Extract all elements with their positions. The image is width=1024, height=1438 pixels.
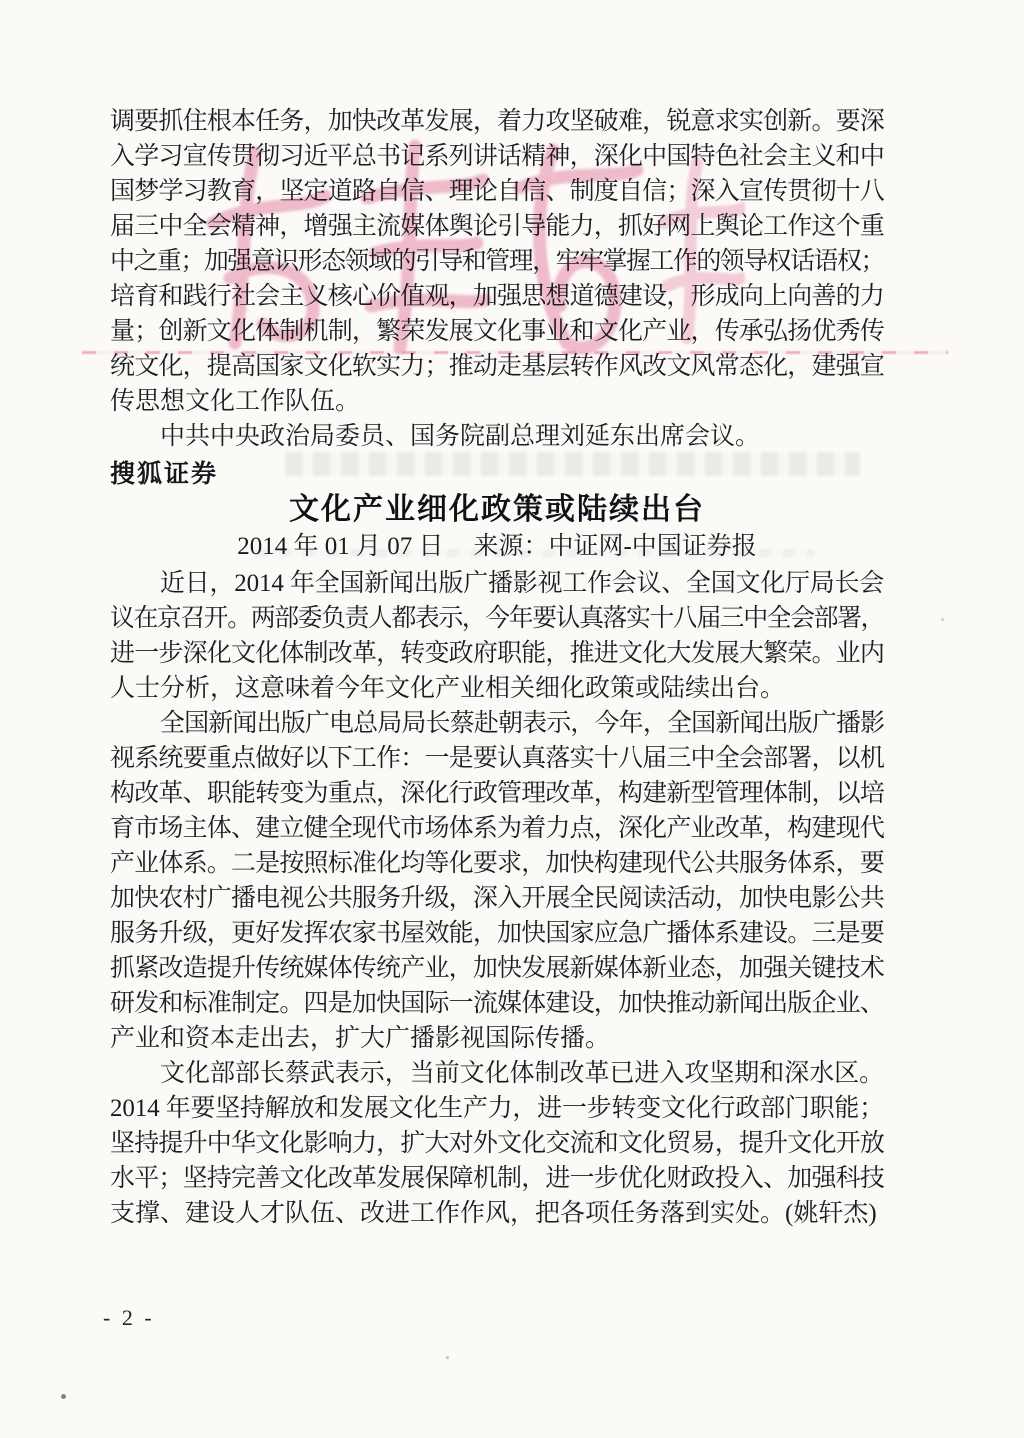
text-line: 调要抓住根本任务，加快改革发展，着力攻坚破难，锐意求实创新。要深 [110,104,884,139]
text-line: 2014 年要坚持解放和发展文化生产力，进一步转变文化行政部门职能； [110,1091,884,1126]
text-line: 抓紧改造提升传统媒体传统产业，加快发展新媒体新业态，加强关键技术 [110,951,884,986]
text-line: 传思想文化工作队伍。 [110,384,884,419]
text-line: 入学习宣传贯彻习近平总书记系列讲话精神，深化中国特色社会主义和中 [110,139,884,174]
text-line: 支撑、建设人才队伍、改进工作作风，把各项任务落到实处。(姚轩杰) [110,1196,884,1231]
text-line: 育市场主体、建立健全现代市场体系为着力点，深化产业改革，构建现代 [110,811,884,846]
text-line: 全国新闻出版广电总局局长蔡赴朝表示，今年，全国新闻出版广播影 [110,706,884,741]
text-line: 中共中央政治局委员、国务院副总理刘延东出席会议。 [110,419,884,454]
text-line: 届三中全会精神，增强主流媒体舆论引导能力，抓好网上舆论工作这个重 [110,209,884,244]
scan-speck [446,1356,449,1359]
article-dateline: 2014 年 01 月 07 日 来源：中证网-中国证券报 [110,530,884,564]
scan-speck [61,1394,66,1399]
text-line: 水平；坚持完善文化改革发展保障机制，进一步优化财政投入、加强科技 [110,1161,884,1196]
text-line: 研发和标准制定。四是加快国际一流媒体建设，加快推动新闻出版企业、 [110,986,884,1021]
text-line: 产业和资本走出去，扩大广播影视国际传播。 [110,1021,884,1056]
text-line: 中之重；加强意识形态领域的引导和管理，牢牢掌握工作的领导权话语权； [110,244,884,279]
text-line: 近日，2014 年全国新闻出版广播影视工作会议、全国文化厅局长会 [110,566,884,601]
text-line: 服务升级，更好发挥农家书屋效能，加快国家应急广播体系建设。三是要 [110,916,884,951]
scanned-page: 调要抓住根本任务，加快改革发展，着力攻坚破难，锐意求实创新。要深入学习宣传贯彻习… [0,0,1024,1438]
text-line: 人士分析，这意味着今年文化产业相关细化政策或陆续出台。 [110,671,884,706]
article-date: 2014 年 01 月 07 日 [237,530,443,564]
text-line: 国梦学习教育，坚定道路自信、理论自信、制度自信；深入宣传贯彻十八 [110,174,884,209]
page-number: - 2 - [103,1305,155,1331]
scan-speck [941,618,944,621]
text-line: 培育和践行社会主义核心价值观，加强思想道德建设，形成向上向善的力 [110,279,884,314]
text-line: 加快农村广播电视公共服务升级，深入开展全民阅读活动，加快电影公共 [110,881,884,916]
text-line: 统文化，提高国家文化软实力；推动走基层转作风改文风常态化，建强宣 [110,349,884,384]
text-line: 文化部部长蔡武表示，当前文化体制改革已进入攻坚期和深水区。 [110,1056,884,1091]
text-line: 构改革、职能转变为重点，深化行政管理改革，构建新型管理体制，以培 [110,776,884,811]
article-source: 来源：中证网-中国证券报 [473,530,756,564]
text-line: 议在京召开。两部委负责人都表示，今年要认真落实十八届三中全会部署， [110,601,884,636]
intro-paragraph: 调要抓住根本任务，加快改革发展，着力攻坚破难，锐意求实创新。要深入学习宣传贯彻习… [110,104,884,454]
text-column: 调要抓住根本任务，加快改革发展，着力攻坚破难，锐意求实创新。要深入学习宣传贯彻习… [110,104,884,1231]
text-line: 坚持提升中华文化影响力，扩大对外文化交流和文化贸易，提升文化开放 [110,1126,884,1161]
text-line: 视系统要重点做好以下工作：一是要认真落实十八届三中全会部署，以机 [110,741,884,776]
article-title: 文化产业细化政策或陆续出台 [110,492,884,528]
text-line: 进一步深化文化体制改革，转变政府职能，推进文化大发展大繁荣。业内 [110,636,884,671]
text-line: 产业体系。二是按照标准化均等化要求，加快构建现代公共服务体系，要 [110,846,884,881]
article-body: 近日，2014 年全国新闻出版广播影视工作会议、全国文化厅局长会议在京召开。两部… [110,566,884,1231]
section-label: 搜狐证券 [110,458,884,490]
text-line: 量；创新文化体制机制，繁荣发展文化事业和文化产业，传承弘扬优秀传 [110,314,884,349]
